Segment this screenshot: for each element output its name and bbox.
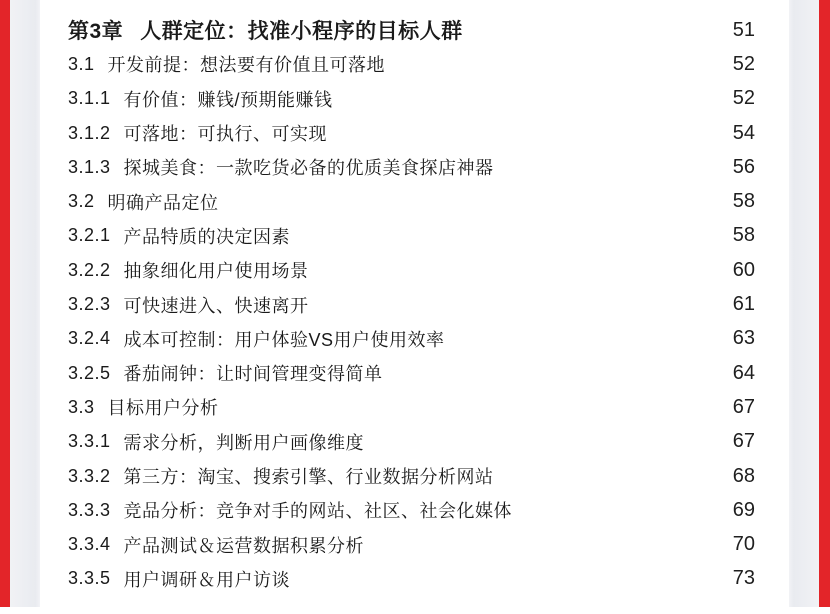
entry-page-number: 73 bbox=[733, 567, 755, 590]
toc-entry-row[interactable]: 3.3 目标用户分析 67 bbox=[68, 390, 755, 424]
entry-title: 可快速进入、快速离开 bbox=[124, 292, 723, 318]
entry-page-number: 67 bbox=[733, 430, 755, 453]
toc-entry-row[interactable]: 3.3.1 需求分析，判断用户画像维度 67 bbox=[68, 425, 755, 459]
entry-title: 有价值：赚钱/预期能赚钱 bbox=[124, 86, 723, 112]
chapter-number: 第3章 bbox=[68, 15, 123, 45]
toc-entry-row[interactable]: 3.1 开发前提：想法要有价值且可落地 52 bbox=[68, 47, 755, 81]
entry-title: 竞品分析：竞争对手的网站、社区、社会化媒体 bbox=[124, 497, 723, 523]
entry-number: 3.3.3 bbox=[68, 500, 111, 521]
entry-page-number: 56 bbox=[733, 156, 755, 179]
entry-page-number: 64 bbox=[733, 362, 755, 385]
entry-number: 3.3.4 bbox=[68, 534, 111, 555]
table-of-contents: 第3章 人群定位：找准小程序的目标人群 51 3.1 开发前提：想法要有价值且可… bbox=[68, 13, 755, 596]
entry-page-number: 58 bbox=[733, 224, 755, 247]
entry-title: 开发前提：想法要有价值且可落地 bbox=[108, 51, 723, 77]
toc-chapter-row[interactable]: 第3章 人群定位：找准小程序的目标人群 51 bbox=[68, 13, 755, 47]
entry-number: 3.1.2 bbox=[68, 123, 111, 144]
entry-page-number: 60 bbox=[733, 259, 755, 282]
toc-entry-row[interactable]: 3.2 明确产品定位 58 bbox=[68, 184, 755, 218]
entry-title: 成本可控制：用户体验VS用户使用效率 bbox=[124, 326, 723, 352]
entry-title: 可落地：可执行、可实现 bbox=[124, 120, 723, 146]
toc-entry-row[interactable]: 3.2.3 可快速进入、快速离开 61 bbox=[68, 287, 755, 321]
entry-number: 3.2.5 bbox=[68, 363, 111, 384]
entry-number: 3.2.1 bbox=[68, 225, 111, 246]
entry-number: 3.2 bbox=[68, 191, 95, 212]
entry-title: 需求分析，判断用户画像维度 bbox=[124, 429, 723, 455]
right-red-border bbox=[819, 0, 830, 607]
toc-entry-row[interactable]: 3.1.1 有价值：赚钱/预期能赚钱 52 bbox=[68, 82, 755, 116]
entry-title: 目标用户分析 bbox=[108, 394, 723, 420]
entry-page-number: 61 bbox=[733, 293, 755, 316]
entry-page-number: 70 bbox=[733, 533, 755, 556]
entry-title: 第三方：淘宝、搜索引擎、行业数据分析网站 bbox=[124, 463, 723, 489]
entry-number: 3.3 bbox=[68, 397, 95, 418]
toc-entry-row[interactable]: 3.2.2 抽象细化用户使用场景 60 bbox=[68, 253, 755, 287]
entry-number: 3.3.2 bbox=[68, 466, 111, 487]
toc-entry-row[interactable]: 3.2.4 成本可控制：用户体验VS用户使用效率 63 bbox=[68, 322, 755, 356]
entry-page-number: 69 bbox=[733, 499, 755, 522]
entry-number: 3.2.4 bbox=[68, 328, 111, 349]
entry-number: 3.1 bbox=[68, 54, 95, 75]
entry-title: 产品测试＆运营数据积累分析 bbox=[124, 532, 723, 558]
entry-title: 抽象细化用户使用场景 bbox=[124, 257, 723, 283]
entry-number: 3.1.1 bbox=[68, 88, 111, 109]
entry-number: 3.1.3 bbox=[68, 157, 111, 178]
entry-page-number: 63 bbox=[733, 327, 755, 350]
entry-page-number: 67 bbox=[733, 396, 755, 419]
entry-number: 3.2.2 bbox=[68, 260, 111, 281]
toc-entry-row[interactable]: 3.3.3 竞品分析：竞争对手的网站、社区、社会化媒体 69 bbox=[68, 493, 755, 527]
entry-title: 用户调研＆用户访谈 bbox=[124, 566, 723, 592]
entry-title: 明确产品定位 bbox=[108, 189, 723, 215]
toc-entry-row[interactable]: 3.2.5 番茄闹钟：让时间管理变得简单 64 bbox=[68, 356, 755, 390]
entry-title: 产品特质的决定因素 bbox=[124, 223, 723, 249]
toc-entry-row[interactable]: 3.3.2 第三方：淘宝、搜索引擎、行业数据分析网站 68 bbox=[68, 459, 755, 493]
entry-page-number: 52 bbox=[733, 87, 755, 110]
entry-title: 番茄闹钟：让时间管理变得简单 bbox=[124, 360, 723, 386]
left-page-shadow bbox=[10, 0, 40, 607]
chapter-title: 人群定位：找准小程序的目标人群 bbox=[140, 15, 723, 45]
entry-page-number: 58 bbox=[733, 190, 755, 213]
entry-page-number: 68 bbox=[733, 465, 755, 488]
chapter-page-number: 51 bbox=[733, 19, 755, 42]
toc-entry-row[interactable]: 3.1.2 可落地：可执行、可实现 54 bbox=[68, 116, 755, 150]
entry-page-number: 52 bbox=[733, 53, 755, 76]
toc-entry-row[interactable]: 3.2.1 产品特质的决定因素 58 bbox=[68, 219, 755, 253]
left-red-border bbox=[0, 0, 10, 607]
right-page-shadow bbox=[789, 0, 819, 607]
entry-page-number: 54 bbox=[733, 122, 755, 145]
toc-entry-row[interactable]: 3.1.3 探城美食：一款吃货必备的优质美食探店神器 56 bbox=[68, 150, 755, 184]
entry-number: 3.3.1 bbox=[68, 431, 111, 452]
entry-number: 3.2.3 bbox=[68, 294, 111, 315]
toc-entry-row[interactable]: 3.3.5 用户调研＆用户访谈 73 bbox=[68, 562, 755, 596]
entry-title: 探城美食：一款吃货必备的优质美食探店神器 bbox=[124, 154, 723, 180]
toc-entry-row[interactable]: 3.3.4 产品测试＆运营数据积累分析 70 bbox=[68, 527, 755, 561]
entry-number: 3.3.5 bbox=[68, 568, 111, 589]
